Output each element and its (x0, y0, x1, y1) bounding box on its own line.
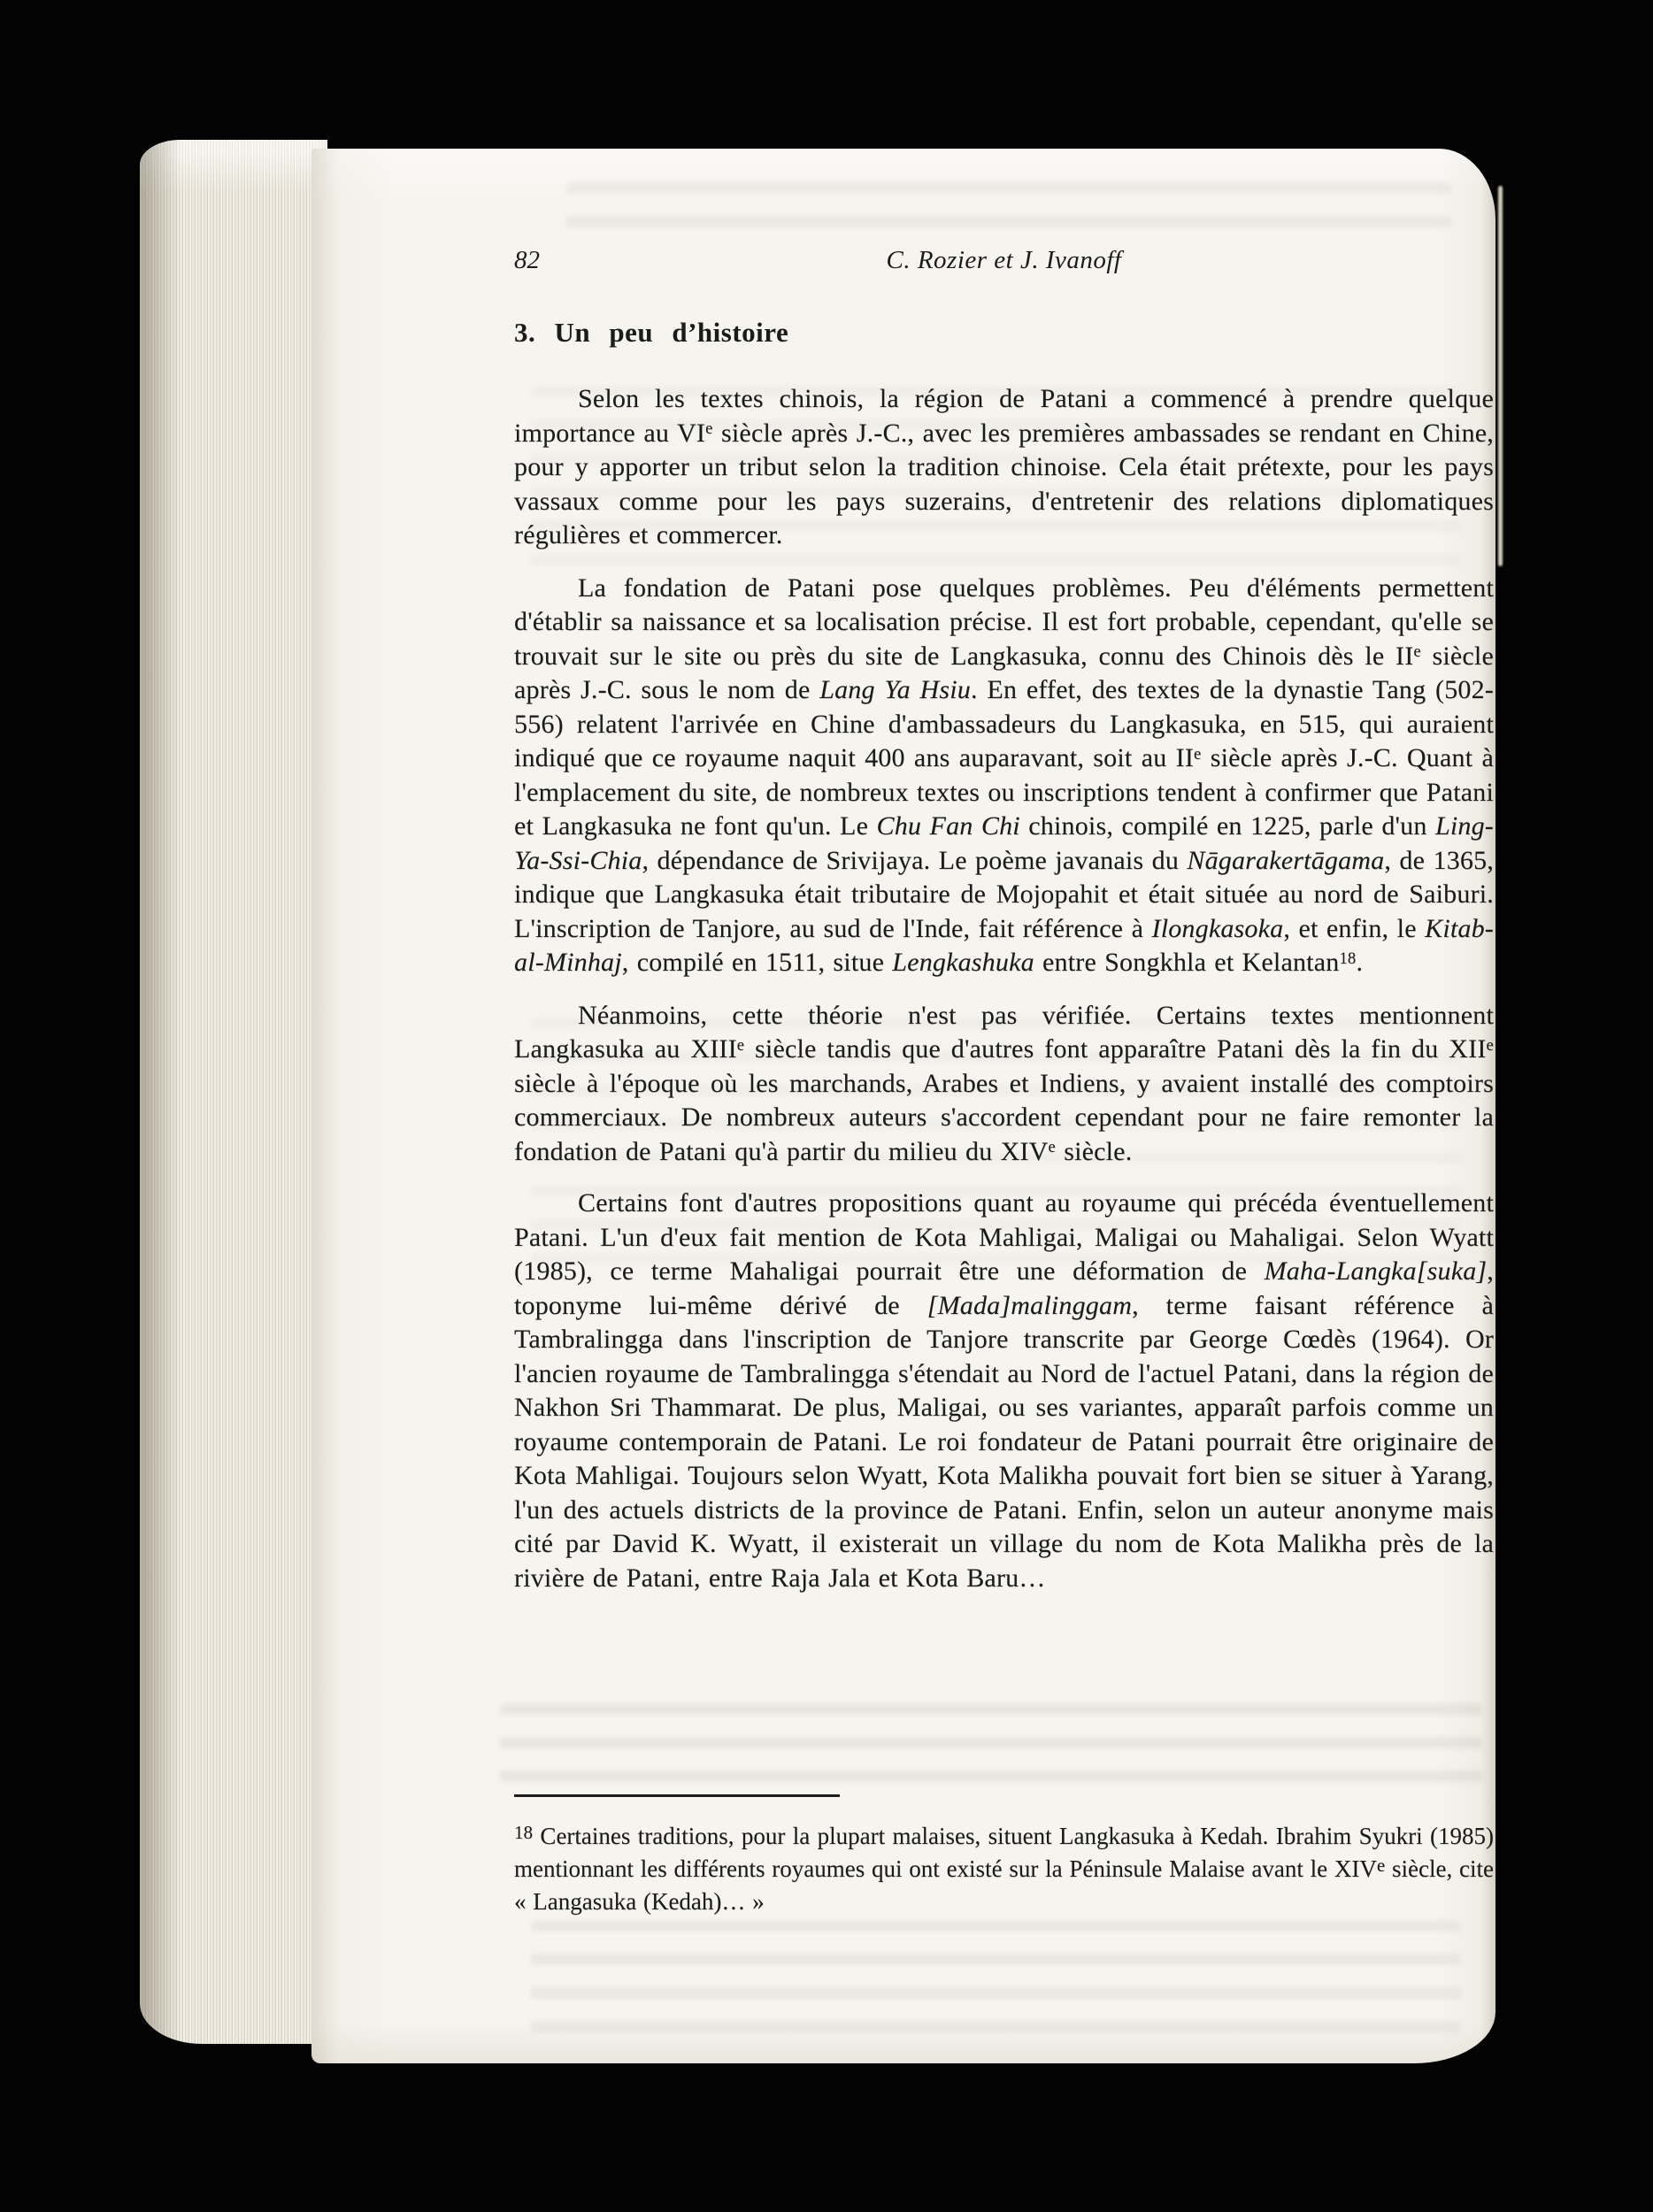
footnote: 18 Certaines traditions, pour la plupart… (514, 1794, 1494, 1918)
page-header: 82 C. Rozier et J. Ivanoff (514, 244, 1494, 280)
book-photograph: 82 C. Rozier et J. Ivanoff 3. Un peu d’h… (0, 0, 1653, 2212)
running-title: C. Rozier et J. Ivanoff (514, 244, 1494, 276)
body-text: 3. Un peu d’histoire Selon les textes ch… (514, 315, 1494, 1595)
body-paragraph: Certains font d'autres propositions quan… (514, 1187, 1494, 1595)
body-paragraph: Selon les textes chinois, la région de P… (514, 382, 1494, 553)
show-through-ghost (531, 1920, 1460, 2039)
body-paragraph: La fondation de Patani pose quelques pro… (514, 572, 1494, 980)
section-heading: 3. Un peu d’histoire (514, 315, 1494, 350)
page-edge-stack (140, 140, 327, 2044)
footnote-rule (514, 1794, 840, 1797)
underlying-page-edge (1498, 186, 1503, 566)
body-paragraph: Néanmoins, cette théorie n'est pas vérif… (514, 999, 1494, 1170)
show-through-ghost (566, 182, 1451, 239)
paragraphs-container: Selon les textes chinois, la région de P… (514, 382, 1494, 1595)
page-number: 82 (514, 244, 540, 276)
show-through-ghost (500, 1703, 1482, 1802)
footnote-text: 18 Certaines traditions, pour la plupart… (514, 1820, 1494, 1918)
